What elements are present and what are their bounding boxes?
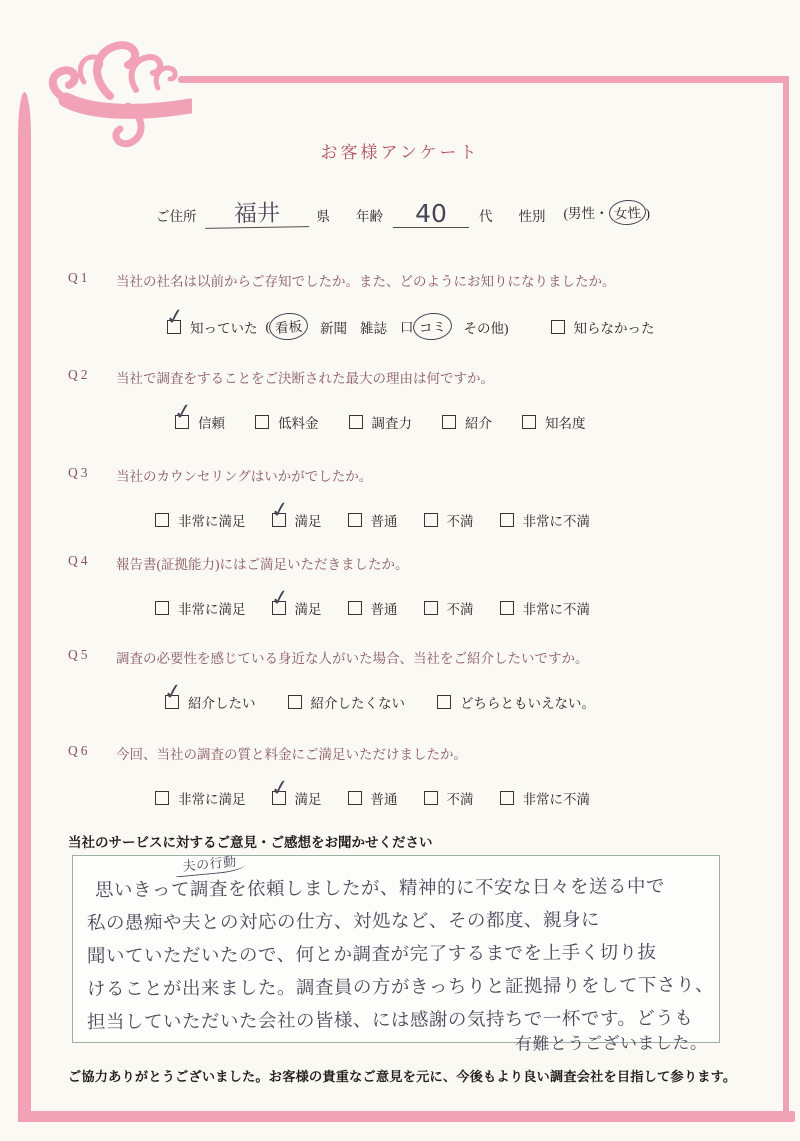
checkmark-icon: ✓ — [173, 401, 194, 425]
question-4: Q4 報告書(証拠能力)にはご満足いただきましたか。 非常に満足 ✓満足 普通 … — [68, 553, 774, 618]
question-3: Q3 当社のカウンセリングはいかがでしたか。 非常に満足 ✓満足 普通 不満 非… — [68, 465, 774, 530]
option-label: 非常に満足 — [178, 788, 246, 808]
frame-top-bar — [178, 76, 789, 83]
frame-bottom-bar — [18, 1111, 795, 1122]
option: 不満 — [424, 598, 474, 618]
option: 不満 — [424, 788, 474, 808]
option-label: 知っていた — [190, 317, 258, 337]
option-label: どちらともいえない。 — [460, 692, 595, 712]
frame-right-line — [783, 76, 789, 1122]
checkbox[interactable] — [288, 695, 302, 709]
question-number: Q3 — [68, 465, 116, 485]
question-text: 当社のカウンセリングはいかがでしたか。 — [116, 465, 372, 485]
option-label: 非常に不満 — [523, 598, 591, 618]
question-text: 調査の必要性を感じている身近な人がいた場合、当社をご紹介したいですか。 — [116, 647, 589, 667]
option: 非常に満足 — [155, 788, 246, 808]
age-suffix: 代 — [479, 205, 493, 228]
option-label: 紹介 — [465, 412, 492, 432]
option: 紹介 — [442, 412, 492, 432]
comment-heading: 当社のサービスに対するご意見・ご感想をお聞かせください — [68, 831, 433, 851]
option-label: 低料金 — [278, 412, 319, 432]
frame-left-strip — [18, 92, 31, 1122]
checkbox[interactable] — [349, 415, 363, 429]
question-1: Q1 当社の社名は以前からご存知でしたか。また、どのようにお知りになりましたか。… — [68, 270, 774, 338]
option: どちらともいえない。 — [437, 692, 595, 712]
address-suffix: 県 — [317, 205, 331, 228]
checkbox[interactable]: ✓ — [175, 415, 189, 429]
checkbox[interactable]: ✓ — [167, 320, 181, 334]
option-label: 満足 — [295, 510, 322, 530]
option: ✓満足 — [272, 788, 322, 808]
checkmark-icon: ✓ — [269, 587, 290, 611]
comment-line: 私の愚痴や夫との対応の仕方、対処など、その都度、親身に — [87, 903, 707, 940]
option: 知名度 — [522, 412, 586, 432]
comment-line: 聞いていただいたので、何とか調査が完了するまでを上手く切り抜 — [87, 936, 707, 973]
question-number: Q4 — [68, 553, 116, 573]
option: 非常に不満 — [500, 598, 591, 618]
option-label: 非常に満足 — [178, 510, 246, 530]
option-label: 満足 — [295, 598, 322, 618]
age-label: 年齢 — [356, 205, 383, 228]
profile-row: ご住所 福井 県 年齢 40 代 性別 (男性・女性) — [156, 192, 650, 228]
checkbox[interactable] — [348, 601, 362, 615]
option: 非常に不満 — [500, 510, 591, 530]
checkmark-icon: ✓ — [269, 499, 290, 523]
comment-line: けることが出来ました。調査員の方がきっちりと証拠掃りをして下さり、 — [87, 969, 707, 1006]
option-label: 非常に満足 — [178, 598, 246, 618]
comment-line: 夫の行動 思いきって調査を依頼しましたが、精神的に不安な日々を送る中で — [87, 870, 707, 907]
source-shinbun[interactable]: 新聞 — [320, 317, 347, 337]
option: 普通 — [348, 598, 398, 618]
question-number: Q6 — [68, 743, 116, 763]
option-label: 知らなかった — [574, 317, 655, 337]
option: 紹介したくない — [288, 692, 406, 712]
comment-line: 有難とうございました。 — [515, 1027, 707, 1061]
gender-options: (男性・女性) — [564, 200, 651, 228]
paren-close: ) — [504, 321, 509, 336]
option-label: 普通 — [371, 510, 398, 530]
option-label: 不満 — [447, 598, 474, 618]
address-field[interactable]: 福井 — [204, 200, 308, 229]
option: ✓信頼 — [175, 412, 225, 432]
page-title: お客様アンケート — [0, 138, 800, 163]
checkbox[interactable] — [255, 415, 269, 429]
question-number: Q5 — [68, 647, 116, 667]
gender-female-selected[interactable]: 女性 — [608, 199, 647, 227]
checkbox[interactable] — [155, 791, 169, 805]
checkbox[interactable] — [155, 601, 169, 615]
option-label: 満足 — [295, 788, 322, 808]
option: 普通 — [348, 788, 398, 808]
option-label: 紹介したい — [188, 692, 256, 712]
checkmark-icon: ✓ — [163, 681, 184, 705]
option: 調査力 — [349, 412, 413, 432]
option: 不満 — [424, 510, 474, 530]
checkbox[interactable] — [551, 320, 565, 334]
option: 非常に満足 — [155, 598, 246, 618]
option: 普通 — [348, 510, 398, 530]
checkbox[interactable] — [155, 513, 169, 527]
option-label: 紹介したくない — [311, 692, 406, 712]
question-2: Q2 当社で調査をすることをご決断された最大の理由は何ですか。 ✓信頼 低料金 … — [68, 367, 774, 432]
comment-line-text: 思いきって調査を依頼しましたが、精神的に不安な日々を送る中で — [95, 876, 665, 901]
comment-insertion: 夫の行動 — [174, 855, 245, 878]
option: 非常に不満 — [500, 788, 591, 808]
option-label: 不満 — [447, 788, 474, 808]
source-komi-circled: コミ — [411, 311, 452, 341]
checkbox[interactable] — [500, 791, 514, 805]
checkbox[interactable] — [437, 695, 451, 709]
question-5: Q5 調査の必要性を感じている身近な人がいた場合、当社をご紹介したいですか。 ✓… — [68, 647, 774, 712]
option-label: 非常に不満 — [523, 788, 591, 808]
source-kanban-circled[interactable]: 看板 — [268, 311, 309, 341]
checkbox[interactable] — [348, 791, 362, 805]
checkbox[interactable]: ✓ — [272, 601, 286, 615]
gender-paren-close: ) — [646, 206, 651, 221]
checkmark-icon: ✓ — [165, 305, 186, 329]
checkmark-icon: ✓ — [269, 777, 290, 801]
footer-thanks: ご協力ありがとうございました。お客様の貴重なご意見を元に、今後もより良い調査会社… — [68, 1066, 760, 1085]
question-number: Q2 — [68, 367, 116, 387]
address-label: ご住所 — [156, 205, 197, 228]
option-label: 不満 — [447, 510, 474, 530]
checkbox[interactable] — [348, 513, 362, 527]
checkbox[interactable] — [424, 513, 438, 527]
checkbox[interactable]: ✓ — [165, 695, 179, 709]
option: 非常に満足 — [155, 510, 246, 530]
source-kuchikomi[interactable]: 口コミ — [400, 315, 451, 338]
survey-page: お客様アンケート ご住所 福井 県 年齢 40 代 性別 (男性・女性) Q1 … — [0, 0, 800, 1141]
source-zasshi[interactable]: 雑誌 — [360, 317, 387, 337]
option-label: 調査力 — [372, 412, 413, 432]
option-label: 信頼 — [198, 412, 225, 432]
option: ✓満足 — [272, 598, 322, 618]
option-did-not-know: 知らなかった — [551, 317, 655, 337]
question-number: Q1 — [68, 270, 116, 290]
age-field[interactable]: 40 — [393, 201, 469, 228]
checkbox[interactable] — [424, 601, 438, 615]
checkbox[interactable] — [424, 791, 438, 805]
question-text: 当社で調査をすることをご決断された最大の理由は何ですか。 — [116, 367, 494, 387]
checkbox[interactable] — [442, 415, 456, 429]
question-6: Q6 今回、当社の調査の質と料金にご満足いただけましたか。 非常に満足 ✓満足 … — [68, 743, 774, 808]
option: ✓満足 — [272, 510, 322, 530]
gender-male-option[interactable]: (男性・ — [564, 206, 609, 221]
option-label: 非常に不満 — [523, 510, 591, 530]
option-label: 知名度 — [545, 412, 586, 432]
question-text: 報告書(証拠能力)にはご満足いただきましたか。 — [116, 553, 409, 573]
checkbox[interactable] — [500, 601, 514, 615]
option: 低料金 — [255, 412, 319, 432]
source-kuchi-part: 口 — [400, 320, 414, 335]
checkbox[interactable] — [500, 513, 514, 527]
source-sonota[interactable]: その他) — [464, 317, 509, 337]
question-text: 当社の社名は以前からご存知でしたか。また、どのようにお知りになりましたか。 — [116, 270, 616, 290]
question-text: 今回、当社の調査の質と料金にご満足いただけましたか。 — [116, 743, 467, 763]
checkbox[interactable] — [522, 415, 536, 429]
gender-label: 性別 — [519, 205, 546, 228]
option-knew: ✓ 知っていた — [167, 317, 258, 337]
option: ✓紹介したい — [165, 692, 256, 712]
option-label: 普通 — [371, 598, 398, 618]
comment-box[interactable]: 夫の行動 思いきって調査を依頼しましたが、精神的に不安な日々を送る中で 私の愚痴… — [72, 855, 720, 1043]
checkbox[interactable]: ✓ — [272, 513, 286, 527]
checkbox[interactable]: ✓ — [272, 791, 286, 805]
source-sonota-label: その他 — [464, 321, 505, 336]
option-label: 普通 — [371, 788, 398, 808]
